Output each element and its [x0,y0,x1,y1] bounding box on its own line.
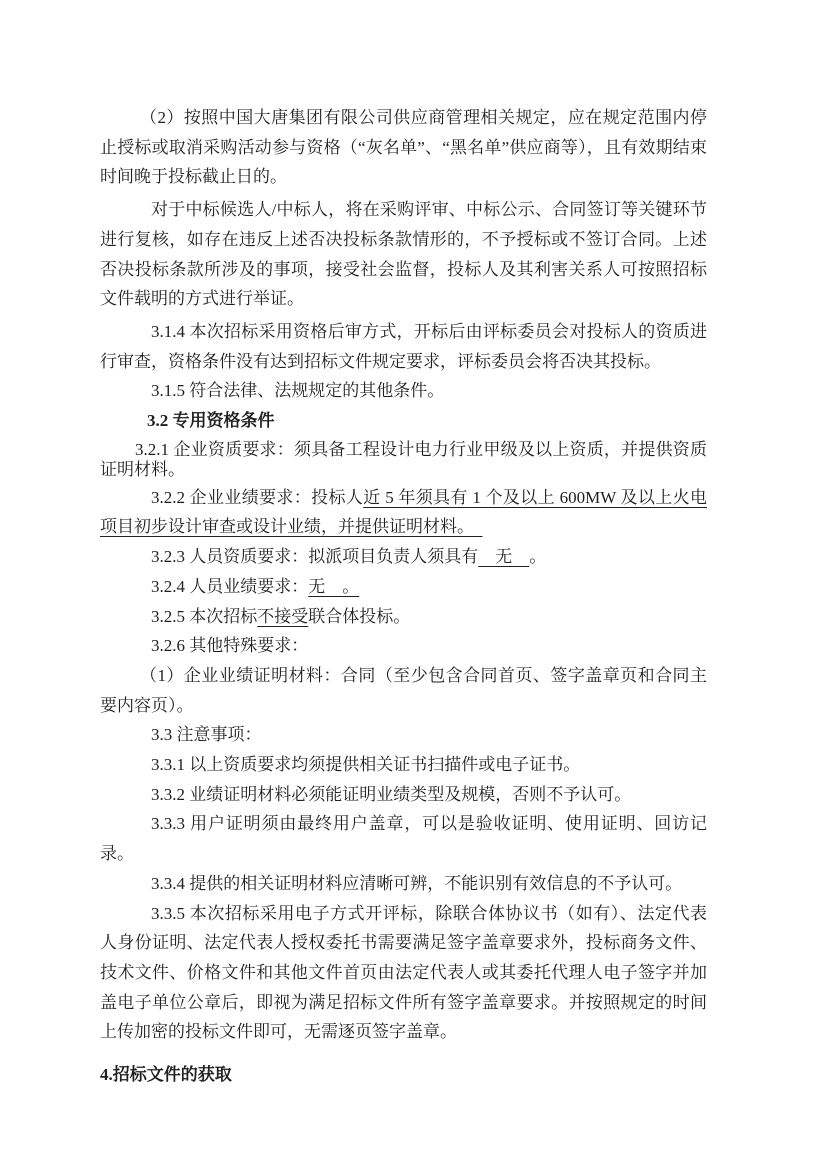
clause-item-2: （2）按照中国大唐集团有限公司供应商管理相关规定，应在规定范围内停止授标或取消采… [100,103,707,192]
clause-text: （1）企业业绩证明材料：合同（至少包含合同首页、签字盖章页和合同主要内容页）。 [100,666,707,715]
clause-text: 3.3.4 提供的相关证明材料应清晰可辨，不能识别有效信息的不予认可。 [151,874,682,893]
clause-3-2-1: 3.2.1 企业资质要求：须具备工程设计电力行业甲级及以上资质，并提供资质证明材… [100,440,707,480]
para-winner-review: 对于中标候选人/中标人，将在采购评审、中标公示、合同签订等关键环节进行复核，如存… [100,195,707,314]
clause-text: （2）按照中国大唐集团有限公司供应商管理相关规定，应在规定范围内停止授标或取消采… [100,108,707,186]
clause-text: 3.3.1 以上资质要求均须提供相关证书扫描件或电子证书。 [151,755,580,774]
clause-3-3-5: 3.3.5 本次招标采用电子方式开评标，除联合体协议书（如有）、法定代表人身份证… [100,899,707,1048]
clause-text: 3.2.3 人员资质要求：拟派项目负责人须具有 [151,547,478,566]
clause-text: 3.2.2 企业业绩要求：投标人 [151,488,363,507]
underlined-blank-none: 无 。 [308,577,359,596]
clause-text: 3.2.1 企业资质要求：须具备工程设计电力行业甲级及以上资质，并提供资质证明材… [100,440,707,479]
clause-text: 3.2.6 其他特殊要求： [151,636,308,655]
clause-text: 3.2.4 人员业绩要求： [151,577,308,596]
clause-3-2-3: 3.2.3 人员资质要求：拟派项目负责人须具有 无 。 [100,542,707,572]
underlined-not-accept-text: 不接受 [257,607,308,626]
clause-text: 联合体投标。 [308,607,410,626]
clause-text: 3.3.2 业绩证明材料必须能证明业绩类型及规模，否则不予认可。 [151,785,631,804]
heading-4: 4.招标文件的获取 [100,1060,707,1090]
clause-3-3-4: 3.3.4 提供的相关证明材料应清晰可辨，不能识别有效信息的不予认可。 [100,869,707,899]
clause-3-2-2: 3.2.2 企业业绩要求：投标人近 5 年须具有 1 个及以上 600MW 及以… [100,483,707,542]
clause-3-2-5: 3.2.5 本次招标不接受联合体投标。 [100,602,707,632]
document-page: （2）按照中国大唐集团有限公司供应商管理相关规定，应在规定范围内停止授标或取消采… [0,0,827,1169]
clause-item-1-proof: （1）企业业绩证明材料：合同（至少包含合同首页、签字盖章页和合同主要内容页）。 [100,661,707,720]
clause-text: 3.1.4 本次招标采用资格后审方式，开标后由评标委员会对投标人的资质进行审查，… [100,322,707,371]
clause-3-3-2: 3.3.2 业绩证明材料必须能证明业绩类型及规模，否则不予认可。 [100,780,707,810]
clause-text: 3.1.5 符合法律、法规规定的其他条件。 [151,381,444,400]
clause-text: 3.3 注意事项： [151,725,262,744]
section-heading-text: 3.2 专用资格条件 [147,411,275,430]
underlined-blank-none: 无 [478,547,529,566]
clause-3-2-4: 3.2.4 人员业绩要求：无 。 [100,572,707,602]
clause-3-2-6: 3.2.6 其他特殊要求： [100,631,707,661]
clause-text: 对于中标候选人/中标人，将在采购评审、中标公示、合同签订等关键环节进行复核，如存… [100,200,707,308]
clause-text: 3.3.3 用户证明须由最终用户盖章，可以是验收证明、使用证明、回访记录。 [100,814,707,863]
clause-3-1-4: 3.1.4 本次招标采用资格后审方式，开标后由评标委员会对投标人的资质进行审查，… [100,317,707,376]
clause-text: 。 [529,547,546,566]
section-heading-text: 4.招标文件的获取 [100,1065,232,1084]
clause-text: 3.2.5 本次招标 [151,607,257,626]
clause-3-3-3: 3.3.3 用户证明须由最终用户盖章，可以是验收证明、使用证明、回访记录。 [100,809,707,868]
clause-text: 3.3.5 本次招标采用电子方式开评标，除联合体协议书（如有）、法定代表人身份证… [100,904,707,1042]
clause-3-3-1: 3.3.1 以上资质要求均须提供相关证书扫描件或电子证书。 [100,750,707,780]
heading-3-2: 3.2 专用资格条件 [100,406,707,436]
clause-3-1-5: 3.1.5 符合法律、法规规定的其他条件。 [100,376,707,406]
page-content: （2）按照中国大唐集团有限公司供应商管理相关规定，应在规定范围内停止授标或取消采… [100,103,707,1090]
clause-3-3: 3.3 注意事项： [100,720,707,750]
